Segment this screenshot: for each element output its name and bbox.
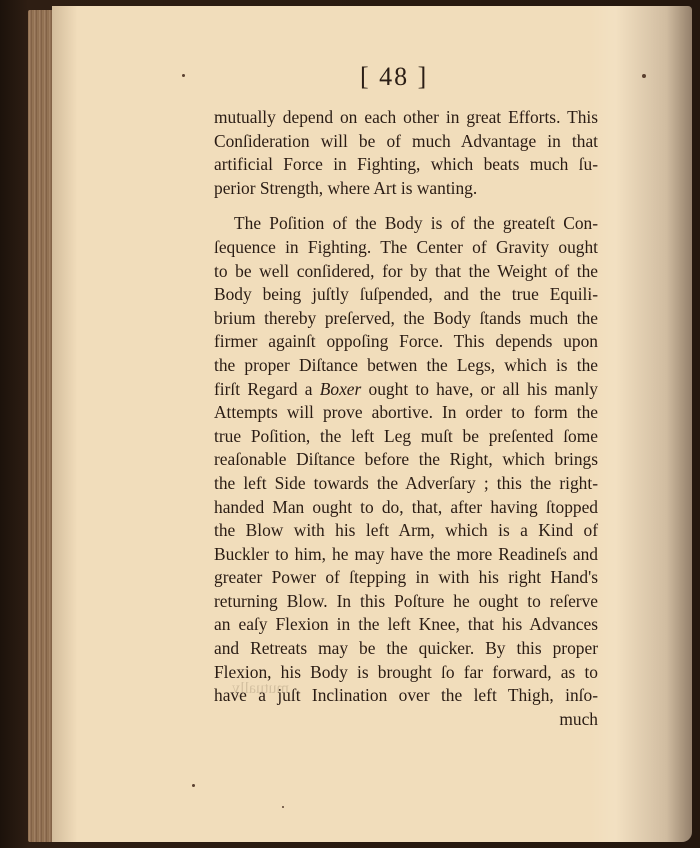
- text-fragment: firſt Regard a: [214, 379, 320, 399]
- paragraph-2: The Poſition of the Body is of the great…: [214, 212, 598, 707]
- text-line: and Retreats may be the quicker. By this…: [214, 637, 598, 661]
- text-line: Attempts will prove abortive. In order t…: [214, 401, 598, 425]
- text-line: the proper Diſtance betwen the Legs, whi…: [214, 354, 598, 378]
- text-line: the Blow with his left Arm, which is a K…: [214, 519, 598, 543]
- catchword: much: [214, 708, 598, 732]
- text-fragment: ought to have, or all his manly: [361, 379, 598, 399]
- text-line: reaſonable Diſtance before the Right, wh…: [214, 448, 598, 472]
- text-line: mutually depend on each other in great E…: [214, 106, 598, 130]
- paragraph-1: mutually depend on each other in great E…: [214, 106, 598, 200]
- text-line: artificial Force in Fighting, which beat…: [214, 153, 598, 177]
- text-line: the left Side towards the Adverſary ; th…: [214, 472, 598, 496]
- text-line: The Poſition of the Body is of the great…: [214, 212, 598, 236]
- text-line: Body being juſtly ſuſpended, and the tru…: [214, 283, 598, 307]
- paragraph-gap: [214, 200, 598, 212]
- text-line: an eaſy Flexion in the left Knee, that h…: [214, 613, 598, 637]
- text-line: brium thereby preſerved, the Body ſtands…: [214, 307, 598, 331]
- text-line: returning Blow. In this Poſture he ought…: [214, 590, 598, 614]
- paper-spot: [642, 74, 646, 78]
- text-line: to be well conſidered, for by that the W…: [214, 260, 598, 284]
- text-line: true Poſition, the left Leg muſt be preſ…: [214, 425, 598, 449]
- page-number: [ 48 ]: [360, 62, 428, 92]
- bleed-through-text: mutually: [232, 680, 289, 698]
- text-line-with-italic: firſt Regard a Boxer ought to have, or a…: [214, 378, 598, 402]
- body-text: mutually depend on each other in great E…: [214, 106, 598, 731]
- text-line: firmer againſt oppoſing Force. This depe…: [214, 330, 598, 354]
- paper-spot: [282, 806, 284, 808]
- text-line: handed Man ought to do, that, after havi…: [214, 496, 598, 520]
- paper-spot: [182, 74, 185, 77]
- paper-spot: [192, 784, 195, 787]
- text-line: perior Strength, where Art is wanting.: [214, 177, 598, 201]
- italic-word-boxer: Boxer: [320, 379, 362, 399]
- text-line: Conſideration will be of much Advantage …: [214, 130, 598, 154]
- text-line: ſequence in Fighting. The Center of Grav…: [214, 236, 598, 260]
- text-line: greater Power of ſtepping in with his ri…: [214, 566, 598, 590]
- text-line: Buckler to him, he may have the more Rea…: [214, 543, 598, 567]
